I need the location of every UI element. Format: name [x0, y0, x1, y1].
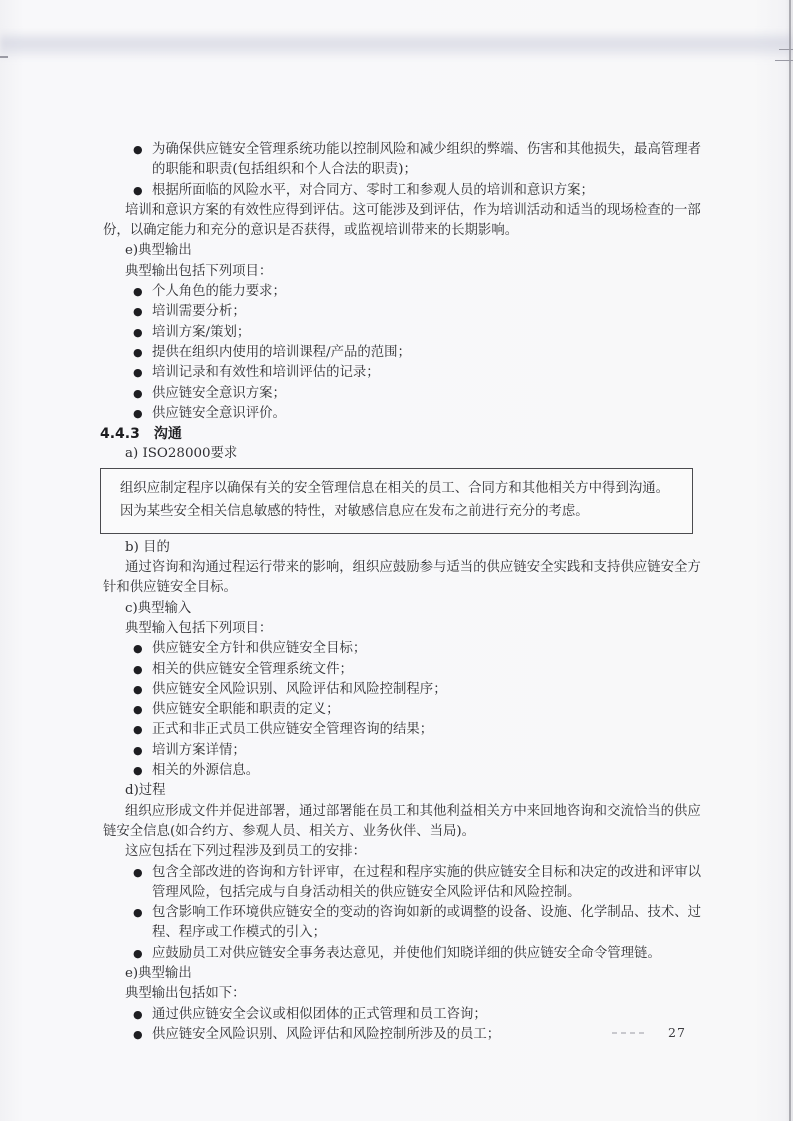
bullet-item: ●应鼓励员工对供应链安全事务表达意见，并使他们知晓详细的供应链安全命令管理链。	[103, 944, 709, 964]
bullet-text-line: 个人角色的能力要求；	[152, 282, 709, 302]
bullet-icon: ●	[133, 700, 143, 720]
bullet-icon: ●	[133, 720, 143, 740]
page-number: 27	[668, 1025, 698, 1040]
scan-tick-mark	[0, 56, 8, 58]
bullet-text-line: 培训记录和有效性和培训评估的记录；	[152, 363, 709, 383]
bullet-item: ●根据所面临的风险水平，对合同方、零时工和参观人员的培训和意识方案；	[103, 181, 709, 201]
iso-requirement-box: 组织应制定程序以确保有关的安全管理信息在相关的员工、合同方和其他相关方中得到沟通…	[100, 468, 693, 534]
bullet-text-line: 正式和非正式员工供应链安全管理咨询的结果；	[152, 720, 709, 740]
paragraph: 组织应形成文件并促进部署，通过部署能在员工和其他利益相关方中来回地咨询和交流恰当…	[103, 802, 709, 843]
section-number: 4.4.3	[100, 426, 140, 442]
bullet-text-line: 相关的供应链安全管理系统文件；	[152, 660, 709, 680]
scan-smudge-band	[0, 30, 793, 60]
document-page: ●为确保供应链安全管理系统功能以控制风险和减少组织的弊端、伤害和其他损失，最高管…	[0, 0, 793, 1121]
bullet-text-line: 供应链安全职能和职责的定义；	[152, 700, 709, 720]
bullet-item: ●个人角色的能力要求；	[103, 282, 709, 302]
paragraph-line: 通过咨询和沟通过程运行带来的影响，组织应鼓励参与适当的供应链安全实践和支持供应链…	[103, 558, 709, 578]
bullet-text-line: 培训需要分析；	[152, 302, 709, 322]
sub-label: 典型输出包括如下：	[103, 984, 709, 1004]
sub-label: b) 目的	[103, 538, 709, 558]
bullet-text-line: 程、程序或工作模式的引入；	[152, 923, 709, 943]
paragraph-line: 份，以确定能力和充分的意识是否获得，或监视培训带来的长期影响。	[103, 221, 709, 241]
bullet-item: ●为确保供应链安全管理系统功能以控制风险和减少组织的弊端、伤害和其他损失，最高管…	[103, 140, 709, 181]
bullet-text-line: 提供在组织内使用的培训课程/产品的范围；	[152, 343, 709, 363]
bullet-text-line: 供应链安全方针和供应链安全目标；	[152, 639, 709, 659]
content-area: ●为确保供应链安全管理系统功能以控制风险和减少组织的弊端、伤害和其他损失，最高管…	[103, 140, 709, 1045]
bullet-item: ●相关的外源信息。	[103, 761, 709, 781]
scan-tick-mark	[779, 49, 793, 50]
bullet-item: ●培训记录和有效性和培训评估的记录；	[103, 363, 709, 383]
paragraph-line: 组织应形成文件并促进部署，通过部署能在员工和其他利益相关方中来回地咨询和交流恰当…	[103, 802, 709, 822]
bullet-icon: ●	[133, 944, 143, 964]
bullet-text-line: 通过供应链安全会议或相似团体的正式管理和员工咨询；	[152, 1005, 709, 1025]
sub-label: d)过程	[103, 781, 709, 801]
bullet-icon: ●	[133, 282, 143, 302]
bullet-item: ●供应链安全风险识别、风险评估和风险控制程序；	[103, 680, 709, 700]
bullet-icon: ●	[133, 639, 143, 659]
bullet-text-line: 包含全部改进的咨询和方针评审，在过程和程序实施的供应链安全目标和决定的改进和评审…	[152, 863, 709, 883]
boxed-text-line: 组织应制定程序以确保有关的安全管理信息在相关的员工、合同方和其他相关方中得到沟通…	[120, 477, 684, 500]
bullet-icon: ●	[133, 363, 143, 383]
bullet-item: ●包含全部改进的咨询和方针评审，在过程和程序实施的供应链安全目标和决定的改进和评…	[103, 863, 709, 904]
sub-label: a) ISO28000要求	[103, 444, 709, 464]
bullet-item: ●培训方案/策划；	[103, 323, 709, 343]
section-heading: 4.4.3沟通	[100, 424, 709, 444]
bullet-icon: ●	[133, 1005, 143, 1025]
bullet-icon: ●	[133, 181, 143, 201]
paragraph: 这应包括在下列过程涉及到员工的安排：	[103, 842, 709, 862]
bullet-icon: ●	[133, 660, 143, 680]
bullet-item: ●供应链安全意识方案；	[103, 384, 709, 404]
bullet-item: ●正式和非正式员工供应链安全管理咨询的结果；	[103, 720, 709, 740]
bullet-text-line: 培训方案详情；	[152, 741, 709, 761]
sub-label: e)典型输出	[103, 241, 709, 261]
bullet-text-line: 相关的外源信息。	[152, 761, 709, 781]
bullet-icon: ●	[133, 903, 143, 923]
bullet-item: ●培训需要分析；	[103, 302, 709, 322]
bullet-icon: ●	[133, 323, 143, 343]
paragraph: 通过咨询和沟通过程运行带来的影响，组织应鼓励参与适当的供应链安全实践和支持供应链…	[103, 558, 709, 599]
bullet-item: ●供应链安全方针和供应链安全目标；	[103, 639, 709, 659]
sub-label: 典型输入包括下列项目：	[103, 619, 709, 639]
bullet-icon: ●	[133, 863, 143, 883]
bullet-text-line: 为确保供应链安全管理系统功能以控制风险和减少组织的弊端、伤害和其他损失，最高管理…	[152, 140, 709, 160]
bullet-icon: ●	[133, 741, 143, 761]
bullet-icon: ●	[133, 343, 143, 363]
bullet-icon: ●	[133, 384, 143, 404]
bullet-text-line: 根据所面临的风险水平，对合同方、零时工和参观人员的培训和意识方案；	[152, 181, 709, 201]
paragraph-line: 链安全信息(如合约方、参观人员、相关方、业务伙伴、当局)。	[103, 822, 709, 842]
section-title: 沟通	[154, 426, 182, 442]
bullet-text-line: 供应链安全意识方案；	[152, 384, 709, 404]
paragraph-line: 这应包括在下列过程涉及到员工的安排：	[103, 842, 709, 862]
bullet-item: ●供应链安全意识评价。	[103, 404, 709, 424]
bullet-text-line: 供应链安全意识评价。	[152, 404, 709, 424]
bullet-icon: ●	[133, 302, 143, 322]
bullet-icon: ●	[133, 761, 143, 781]
bullet-text-line: 管理风险，包括完成与自身活动相关的供应链安全风险评估和风险控制。	[152, 883, 709, 903]
bullet-icon: ●	[133, 1025, 143, 1045]
paragraph: 培训和意识方案的有效性应得到评估。这可能涉及到评估，作为培训活动和适当的现场检查…	[103, 201, 709, 242]
bullet-text-line: 应鼓励员工对供应链安全事务表达意见，并使他们知晓详细的供应链安全命令管理链。	[152, 944, 709, 964]
scan-tick-mark	[775, 60, 793, 61]
bullet-item: ●通过供应链安全会议或相似团体的正式管理和员工咨询；	[103, 1005, 709, 1025]
bullet-text-line: 包含影响工作环境供应链安全的变动的咨询如新的或调整的设备、设施、化学制品、技术、…	[152, 903, 709, 923]
bullet-item: ●培训方案详情；	[103, 741, 709, 761]
paragraph-line: 培训和意识方案的有效性应得到评估。这可能涉及到评估，作为培训活动和适当的现场检查…	[103, 201, 709, 221]
sub-label: c)典型输入	[103, 599, 709, 619]
bullet-text-line: 供应链安全风险识别、风险评估和风险控制程序；	[152, 680, 709, 700]
bullet-item: ●相关的供应链安全管理系统文件；	[103, 660, 709, 680]
bullet-item: ●提供在组织内使用的培训课程/产品的范围；	[103, 343, 709, 363]
bullet-text-line: 供应链安全风险识别、风险评估和风险控制所涉及的员工；	[152, 1025, 709, 1045]
bullet-icon: ●	[133, 404, 143, 424]
bullet-item: ●供应链安全职能和职责的定义；	[103, 700, 709, 720]
paragraph-line: 针和供应链安全目标。	[103, 578, 709, 598]
bullet-item: ●供应链安全风险识别、风险评估和风险控制所涉及的员工；	[103, 1025, 709, 1045]
bullet-text-line: 培训方案/策划；	[152, 323, 709, 343]
sub-label: 典型输出包括下列项目：	[103, 262, 709, 282]
boxed-text-line: 因为某些安全相关信息敏感的特性，对敏感信息应在发布之前进行充分的考虑。	[120, 500, 684, 523]
page-edge-line	[789, 0, 791, 1121]
sub-label: e)典型输出	[103, 964, 709, 984]
bullet-text-line: 的职能和职责(包括组织和个人合法的职责)；	[152, 160, 709, 180]
bullet-item: ●包含影响工作环境供应链安全的变动的咨询如新的或调整的设备、设施、化学制品、技术…	[103, 903, 709, 944]
bullet-icon: ●	[133, 140, 143, 160]
bullet-icon: ●	[133, 680, 143, 700]
